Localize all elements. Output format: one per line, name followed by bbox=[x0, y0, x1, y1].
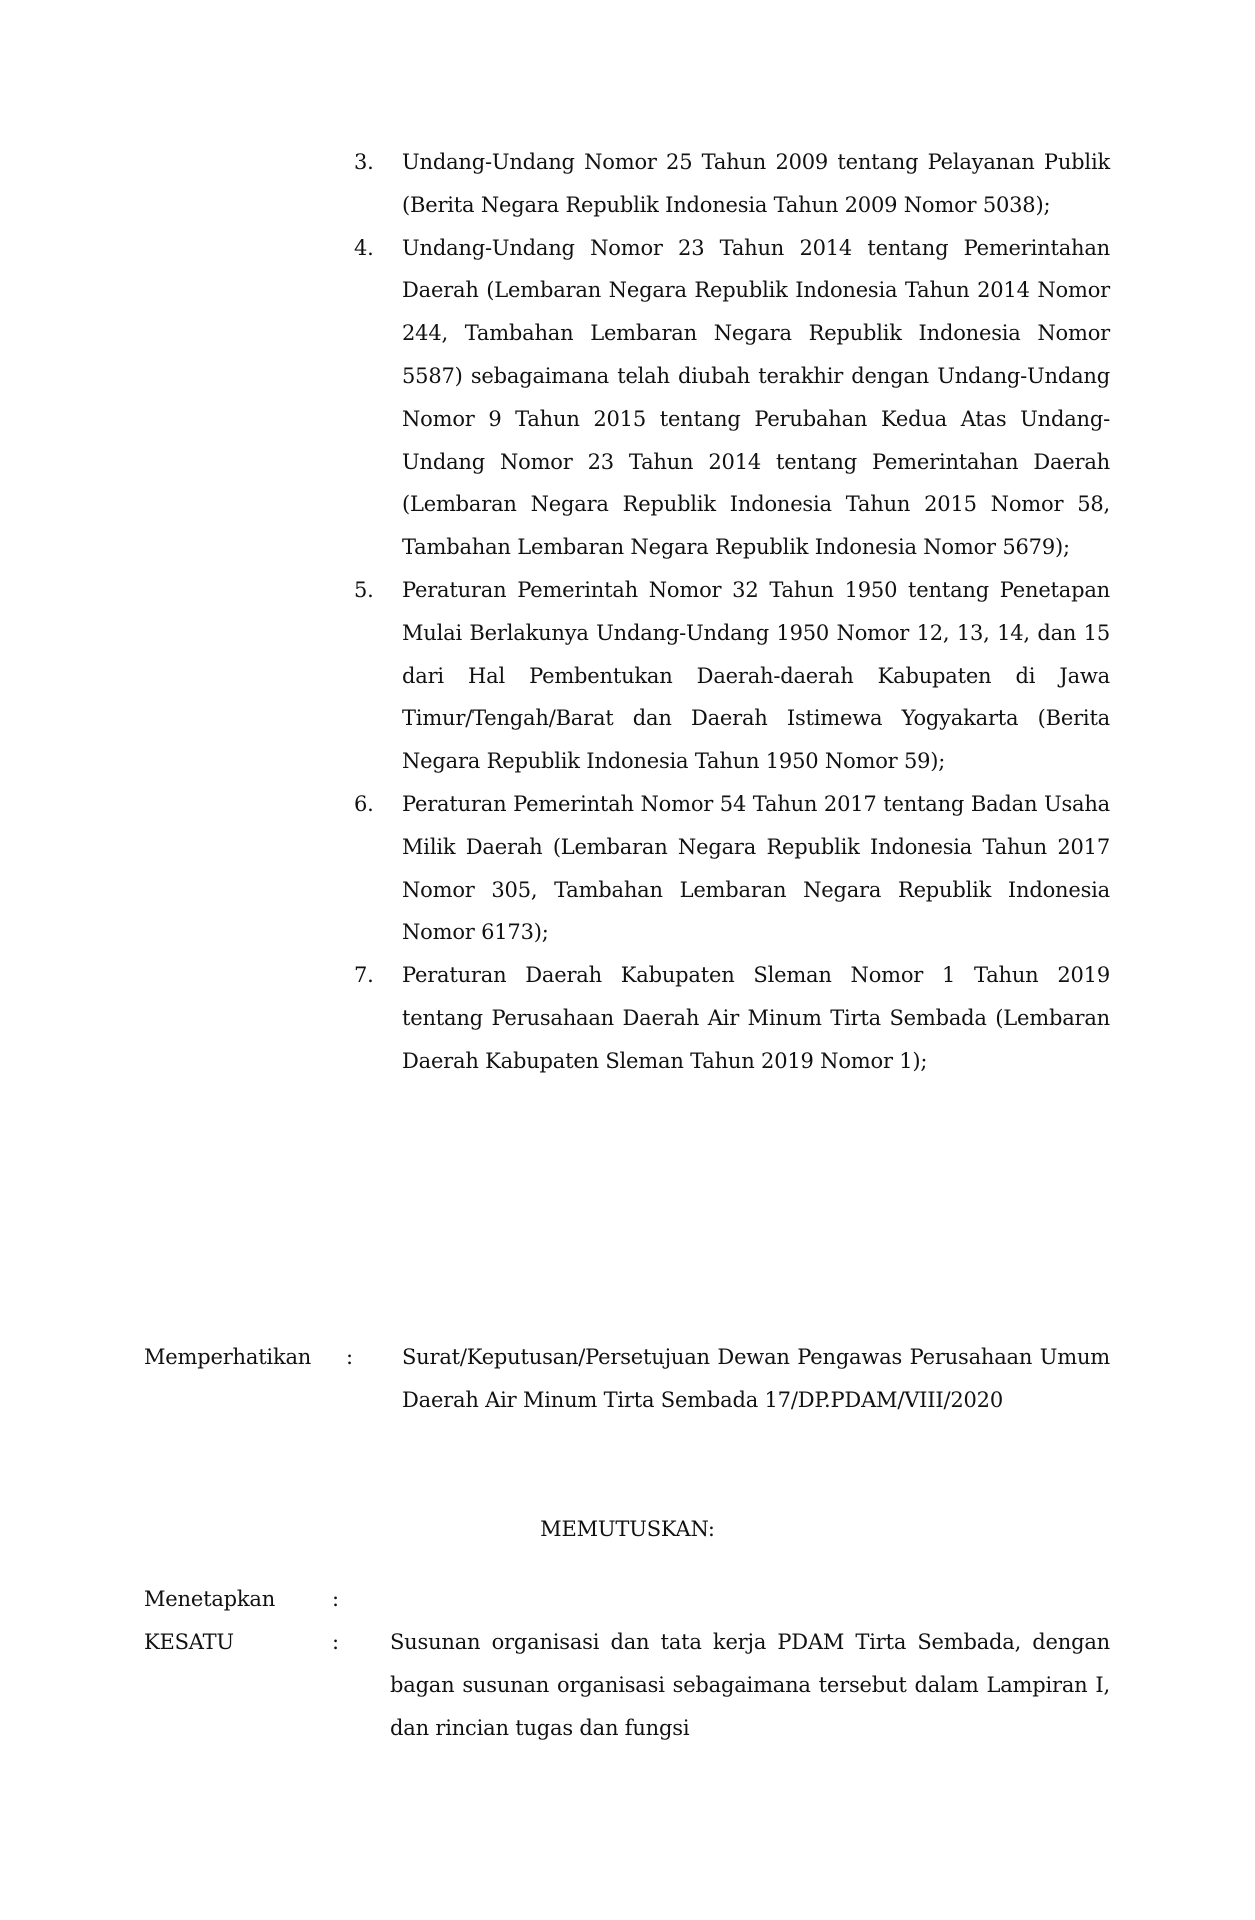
kesatu-text: Susunan organisasi dan tata kerja PDAM T… bbox=[390, 1621, 1110, 1749]
memperhatikan-label: Memperhatikan bbox=[144, 1336, 311, 1379]
list-item-number: 3. bbox=[354, 141, 374, 184]
menetapkan-section: Menetapkan : bbox=[144, 1578, 1110, 1621]
legal-basis-list: 3. Undang-Undang Nomor 25 Tahun 2009 ten… bbox=[354, 141, 1110, 1083]
list-item: 6. Peraturan Pemerintah Nomor 54 Tahun 2… bbox=[354, 783, 1110, 954]
list-item-text: Peraturan Daerah Kabupaten Sleman Nomor … bbox=[402, 954, 1110, 1082]
memutuskan-heading: MEMUTUSKAN: bbox=[0, 1508, 1255, 1551]
list-item-text: Undang-Undang Nomor 25 Tahun 2009 tentan… bbox=[402, 141, 1110, 227]
list-item-text: Undang-Undang Nomor 23 Tahun 2014 tentan… bbox=[402, 227, 1110, 569]
list-item-number: 6. bbox=[354, 783, 374, 826]
menetapkan-label: Menetapkan bbox=[144, 1578, 275, 1621]
list-item-number: 7. bbox=[354, 954, 374, 997]
list-item-text: Peraturan Pemerintah Nomor 54 Tahun 2017… bbox=[402, 783, 1110, 954]
memperhatikan-section: Memperhatikan : Surat/Keputusan/Persetuj… bbox=[144, 1336, 1110, 1422]
menetapkan-body bbox=[144, 1578, 1110, 1621]
memperhatikan-text: Surat/Keputusan/Persetujuan Dewan Pengaw… bbox=[402, 1336, 1110, 1422]
list-item-text: Peraturan Pemerintah Nomor 32 Tahun 1950… bbox=[402, 569, 1110, 783]
list-item-number: 5. bbox=[354, 569, 374, 612]
kesatu-colon: : bbox=[332, 1621, 339, 1664]
list-item: 3. Undang-Undang Nomor 25 Tahun 2009 ten… bbox=[354, 141, 1110, 227]
list-item: 7. Peraturan Daerah Kabupaten Sleman Nom… bbox=[354, 954, 1110, 1082]
list-item: 4. Undang-Undang Nomor 23 Tahun 2014 ten… bbox=[354, 227, 1110, 569]
memperhatikan-colon: : bbox=[346, 1336, 353, 1379]
document-page: 3. Undang-Undang Nomor 25 Tahun 2009 ten… bbox=[0, 0, 1255, 1920]
menetapkan-colon: : bbox=[332, 1578, 339, 1621]
kesatu-label: KESATU bbox=[144, 1621, 234, 1664]
list-item: 5. Peraturan Pemerintah Nomor 32 Tahun 1… bbox=[354, 569, 1110, 783]
kesatu-section: KESATU : Susunan organisasi dan tata ker… bbox=[144, 1621, 1110, 1749]
list-item-number: 4. bbox=[354, 227, 374, 270]
